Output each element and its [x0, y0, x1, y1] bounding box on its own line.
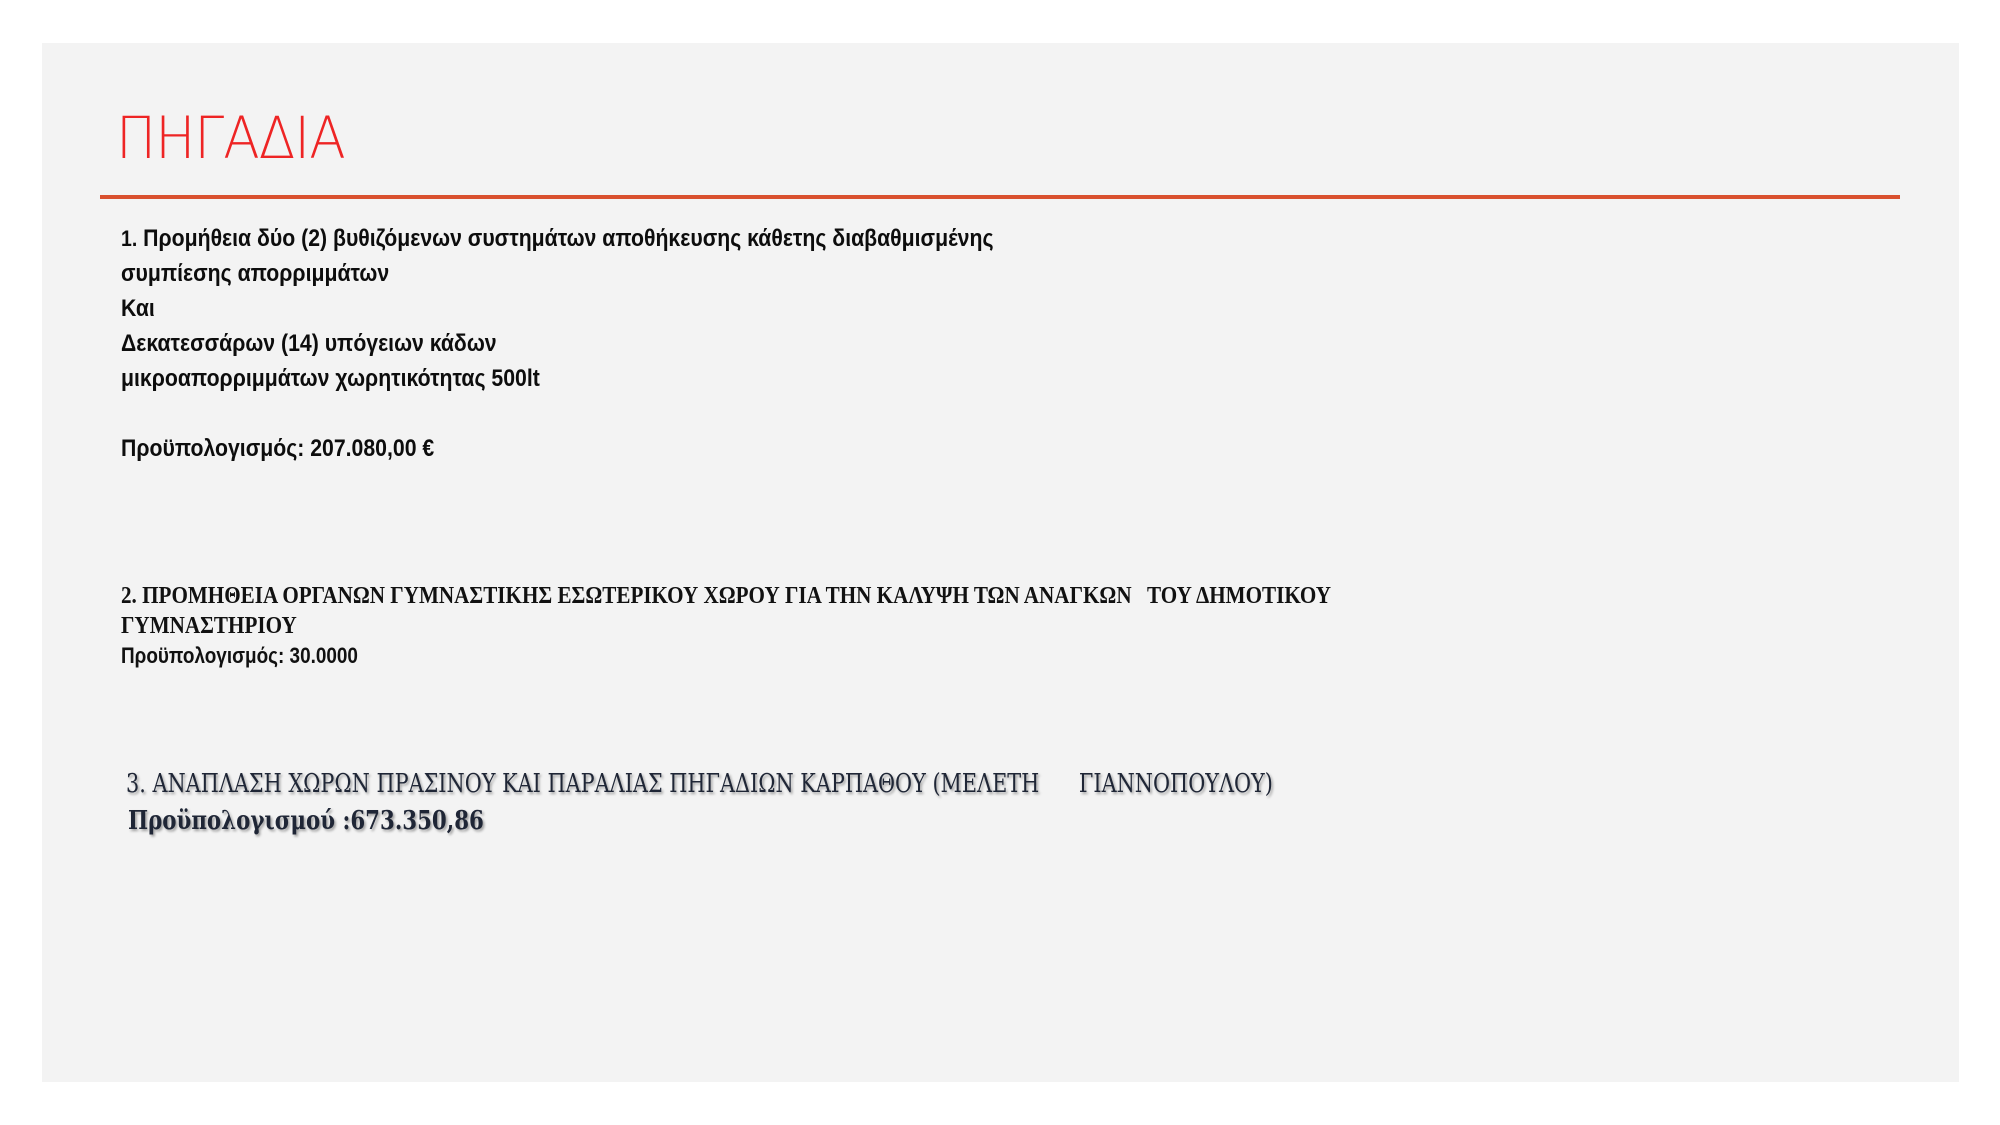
section-1-line-1: 1. Προμήθεια δύο (2) βυθιζόμενων συστημά…	[121, 221, 993, 256]
title-divider	[100, 195, 1900, 199]
section-1-line-3: Και	[121, 291, 993, 326]
section-2-budget: Προϋπολογισμός: 30.0000	[121, 641, 1304, 671]
section-1-line-4: Δεκατεσσάρων (14) υπόγειων κάδων	[121, 326, 993, 361]
section-1-line-5: μικροαπορριμμάτων χωρητικότητας 500lt	[121, 361, 993, 396]
section-2: 2. ΠΡΟΜΗΘΕΙΑ ΟΡΓΑΝΩΝ ΓΥΜΝΑΣΤΙΚΗΣ ΕΣΩΤΕΡΙ…	[121, 581, 1496, 671]
section-3-heading: 3. ΑΝΑΠΛΑΣΗ ΧΩΡΩΝ ΠΡΑΣΙΝΟΥ ΚΑΙ ΠΑΡΑΛΙΑΣ …	[126, 765, 1273, 803]
section-2-heading: 2. ΠΡΟΜΗΘΕΙΑ ΟΡΓΑΝΩΝ ΓΥΜΝΑΣΤΙΚΗΣ ΕΣΩΤΕΡΙ…	[121, 581, 1331, 641]
section-2-heading-line-1: 2. ΠΡΟΜΗΘΕΙΑ ΟΡΓΑΝΩΝ ΓΥΜΝΑΣΤΙΚΗΣ ΕΣΩΤΕΡΙ…	[121, 581, 1331, 611]
section-1-budget: Προϋπολογισμός: 207.080,00 €	[121, 431, 993, 466]
section-3: 3. ΑΝΑΠΛΑΣΗ ΧΩΡΩΝ ΠΡΑΣΙΝΟΥ ΚΑΙ ΠΑΡΑΛΙΑΣ …	[126, 765, 1560, 839]
section-1-line-2: συμπίεσης απορριμμάτων	[121, 256, 993, 291]
slide: ΠΗΓΑΔΙΑ 1. Προμήθεια δύο (2) βυθιζόμενων…	[42, 43, 1959, 1082]
section-3-budget: Προϋπολογισμού :673.350,86	[128, 803, 1302, 839]
spacer	[121, 396, 993, 431]
section-1: 1. Προμήθεια δύο (2) βυθιζόμενων συστημά…	[121, 221, 993, 466]
section-2-heading-line-2: ΓΥΜΝΑΣΤΗΡΙΟΥ	[121, 611, 1331, 641]
section-1-number: 1.	[121, 226, 137, 251]
slide-title: ΠΗΓΑΔΙΑ	[116, 103, 345, 173]
